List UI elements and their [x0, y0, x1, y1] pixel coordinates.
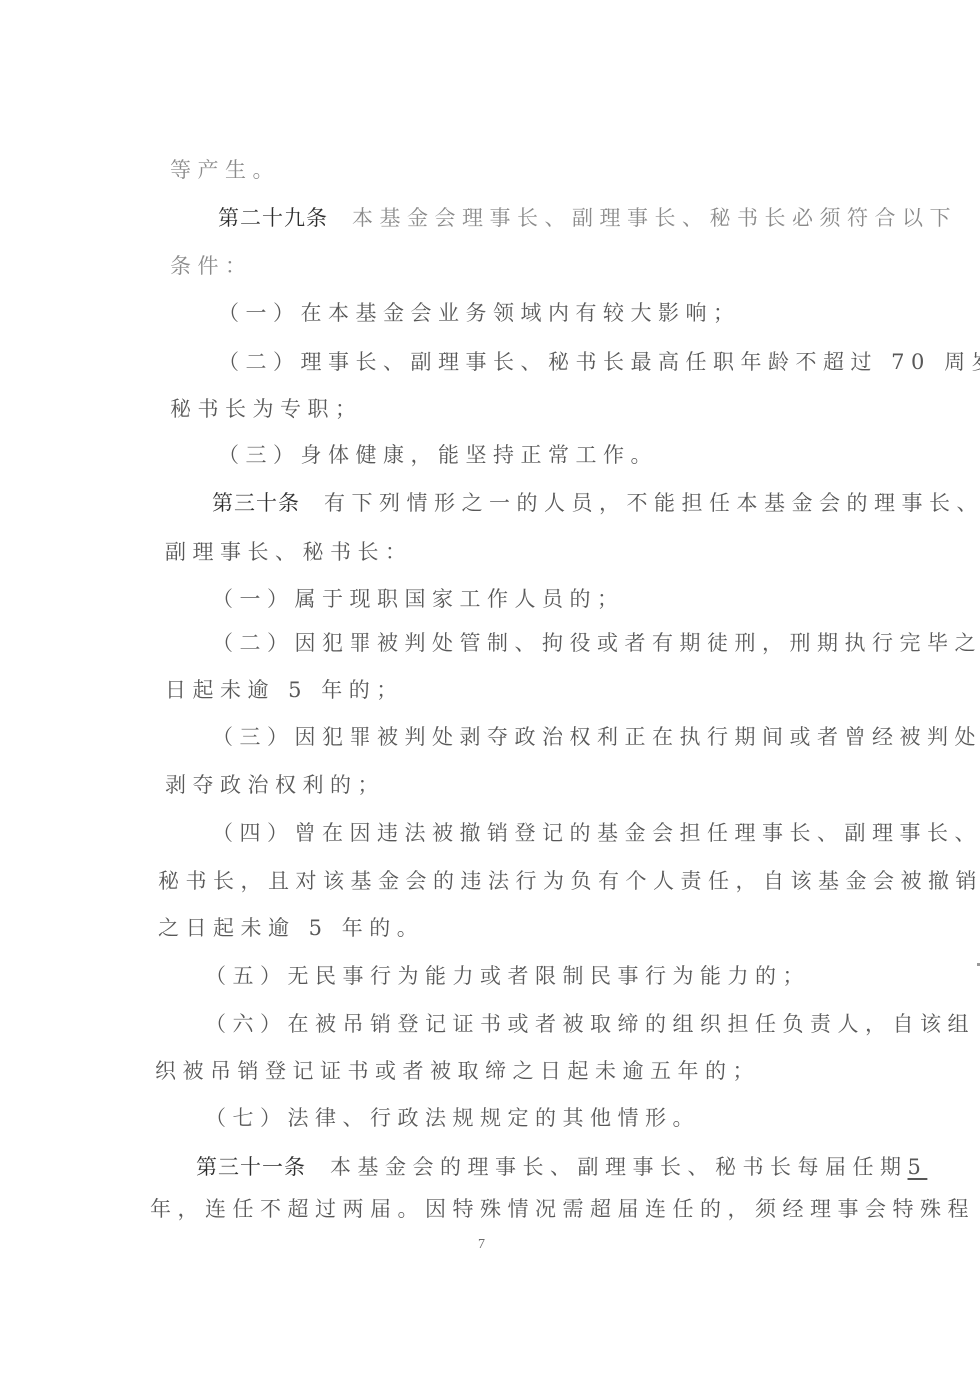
- body-text: （二）因犯罪被判处管制、拘役或者有期徒刑，刑期执行完毕之: [212, 631, 980, 655]
- list-item: （四）曾在因违法被撤销登记的基金会担任理事长、副理事长、: [212, 818, 980, 848]
- list-item: （一）属于现职国家工作人员的；: [212, 584, 625, 614]
- list-item: （三）身体健康，能坚持正常工作。: [218, 440, 658, 470]
- body-text: （三）因犯罪被判处剥夺政治权利正在执行期间或者曾经被判处: [212, 725, 980, 749]
- article-heading: 第三十一条: [196, 1155, 306, 1179]
- paragraph-line: 织被吊销登记证书或者被取缔之日起未逾五年的；: [155, 1056, 760, 1086]
- body-text: （七）法律、行政法规规定的其他情形。: [205, 1106, 700, 1130]
- paragraph-line: 年，连任不超过两届。因特殊情况需超届连任的，须经理事会特殊程: [150, 1194, 975, 1224]
- body-text: （一）在本基金会业务领域内有较大影响；: [218, 301, 741, 325]
- body-text: （二）理事长、副理事长、秘书长最高任职年龄不超过 70 周岁，: [218, 350, 980, 374]
- body-text: 有下列情形之一的人员，不能担任本基金会的理事长、: [324, 491, 980, 515]
- body-text: 条件：: [170, 254, 253, 278]
- article-heading: 第三十条: [212, 491, 300, 515]
- body-text: 秘书长，且对该基金会的违法行为负有个人责任，自该基金会被撤销: [158, 869, 980, 893]
- body-text: 年，连任不超过两届。因特殊情况需超届连任的，须经理事会特殊程: [150, 1197, 975, 1221]
- paragraph-line: 条件：: [170, 251, 253, 281]
- page-number: 7: [478, 1237, 485, 1253]
- body-text: （四）曾在因违法被撤销登记的基金会担任理事长、副理事长、: [212, 821, 980, 845]
- list-item: （二）因犯罪被判处管制、拘役或者有期徒刑，刑期执行完毕之: [212, 628, 980, 658]
- body-text: 本基金会的理事长、副理事长、秘书长每届任期: [330, 1155, 908, 1179]
- list-item: （五）无民事行为能力或者限制民事行为能力的；: [205, 961, 810, 991]
- body-text: 日起未逾 5 年的；: [165, 678, 404, 702]
- paragraph-line: 之日起未逾 5 年的。: [158, 913, 424, 943]
- article-29-line: 第二十九条本基金会理事长、副理事长、秘书长必须符合以下: [218, 203, 957, 233]
- body-text: （六）在被吊销登记证书或者被取缔的组织担任负责人，自该组: [205, 1012, 975, 1036]
- body-text: 本基金会理事长、副理事长、秘书长必须符合以下: [352, 206, 957, 230]
- list-item: （一）在本基金会业务领域内有较大影响；: [218, 298, 741, 328]
- list-item: （三）因犯罪被判处剥夺政治权利正在执行期间或者曾经被判处: [212, 722, 980, 752]
- paragraph-line: 秘书长为专职；: [170, 394, 363, 424]
- article-30-line: 第三十条有下列情形之一的人员，不能担任本基金会的理事长、: [212, 488, 980, 518]
- article-31-line: 第三十一条本基金会的理事长、副理事长、秘书长每届任期5: [196, 1152, 927, 1182]
- body-text: （一）属于现职国家工作人员的；: [212, 587, 625, 611]
- paragraph-line: 等产生。: [170, 155, 280, 185]
- term-years-value: 5: [908, 1155, 928, 1179]
- body-text: 秘书长为专职；: [170, 397, 363, 421]
- paragraph-line: 日起未逾 5 年的；: [165, 675, 404, 705]
- paragraph-line: 副理事长、秘书长：: [165, 537, 413, 567]
- list-item: （二）理事长、副理事长、秘书长最高任职年龄不超过 70 周岁，: [218, 347, 980, 377]
- list-item: （七）法律、行政法规规定的其他情形。: [205, 1103, 700, 1133]
- body-text: 等产生。: [170, 158, 280, 182]
- paragraph-line: 秘书长，且对该基金会的违法行为负有个人责任，自该基金会被撤销: [158, 866, 980, 896]
- list-item: （六）在被吊销登记证书或者被取缔的组织担任负责人，自该组: [205, 1009, 975, 1039]
- body-text: （五）无民事行为能力或者限制民事行为能力的；: [205, 964, 810, 988]
- article-heading: 第二十九条: [218, 206, 328, 230]
- body-text: 副理事长、秘书长：: [165, 540, 413, 564]
- body-text: 织被吊销登记证书或者被取缔之日起未逾五年的；: [155, 1059, 760, 1083]
- document-page: 等产生。 第二十九条本基金会理事长、副理事长、秘书长必须符合以下 条件： （一）…: [0, 0, 980, 1385]
- body-text: （三）身体健康，能坚持正常工作。: [218, 443, 658, 467]
- body-text: 剥夺政治权利的；: [165, 773, 385, 797]
- paragraph-line: 剥夺政治权利的；: [165, 770, 385, 800]
- body-text: 之日起未逾 5 年的。: [158, 916, 424, 940]
